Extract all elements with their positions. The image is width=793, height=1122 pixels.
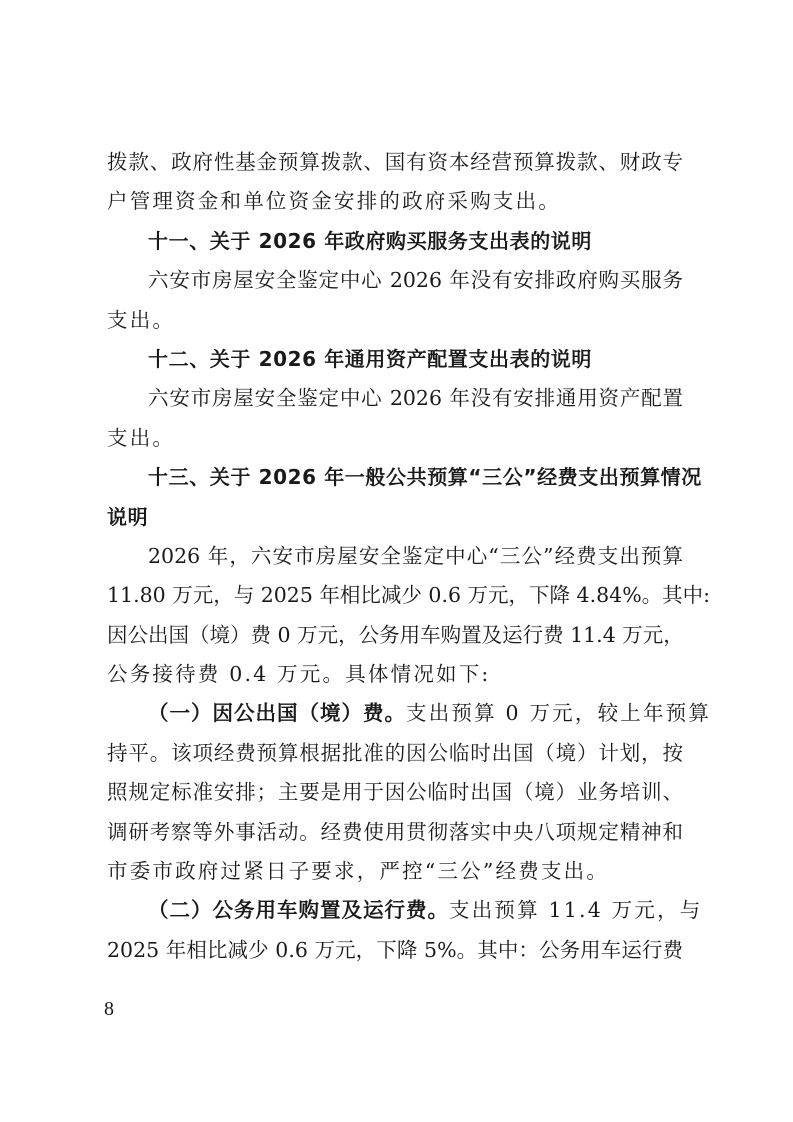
subsection-text: 支出预算 0 万元，较上年预算 [406,701,711,725]
paragraph-line: 户管理资金和单位资金安排的政府采购支出。 [107,182,683,221]
subsection-line-1: （一）因公出国（境）费。支出预算 0 万元，较上年预算 [107,694,683,733]
paragraph-line: 持平。该项经费预算根据批准的因公临时出国（境）计划，按 [107,734,683,773]
subsection-title-vehicle: （二）公务用车购置及运行费。 [148,898,449,922]
paragraph-line: 调研考察等外事活动。经费使用贯彻落实中央八项规定精神和 [107,813,683,852]
page-number: 8 [104,998,114,1021]
section-heading-13: 十三、关于 2026 年一般公共预算“三公”经费支出预算情况 [107,458,683,497]
paragraph-line: 2026 年，六安市房屋安全鉴定中心“三公”经费支出预算 [107,537,683,576]
paragraph-line: 六安市房屋安全鉴定中心 2026 年没有安排通用资产配置 [107,379,683,418]
paragraph-line: 支出。 [107,301,683,340]
section-heading-12: 十二、关于 2026 年通用资产配置支出表的说明 [107,340,683,379]
section-heading-13-cont: 说明 [107,498,683,537]
paragraph-line: 六安市房屋安全鉴定中心 2026 年没有安排政府购买服务 [107,261,683,300]
subsection-text: 支出预算 11.4 万元，与 [449,898,702,922]
paragraph-line: 拨款、政府性基金预算拨款、国有资本经营预算拨款、财政专 [107,143,683,182]
subsection-line-2: （二）公务用车购置及运行费。支出预算 11.4 万元，与 [107,891,683,930]
paragraph-line: 公务接待费 0.4 万元。具体情况如下: [107,655,683,694]
paragraph-line: 因公出国（境）费 0 万元，公务用车购置及运行费 11.4 万元， [107,616,683,655]
paragraph-line: 11.80 万元，与 2025 年相比减少 0.6 万元，下降 4.84%。其中… [107,576,683,615]
document-page: 拨款、政府性基金预算拨款、国有资本经营预算拨款、财政专 户管理资金和单位资金安排… [107,143,683,970]
section-heading-11: 十一、关于 2026 年政府购买服务支出表的说明 [107,222,683,261]
paragraph-line: 市委市政府过紧日子要求，严控“三公”经费支出。 [107,852,683,891]
subsection-title-overseas: （一）因公出国（境）费。 [148,701,406,725]
paragraph-line: 支出。 [107,419,683,458]
paragraph-line: 2025 年相比减少 0.6 万元，下降 5%。其中：公务用车运行费 [107,931,683,970]
paragraph-line: 照规定标准安排；主要是用于因公临时出国（境）业务培训、 [107,773,683,812]
